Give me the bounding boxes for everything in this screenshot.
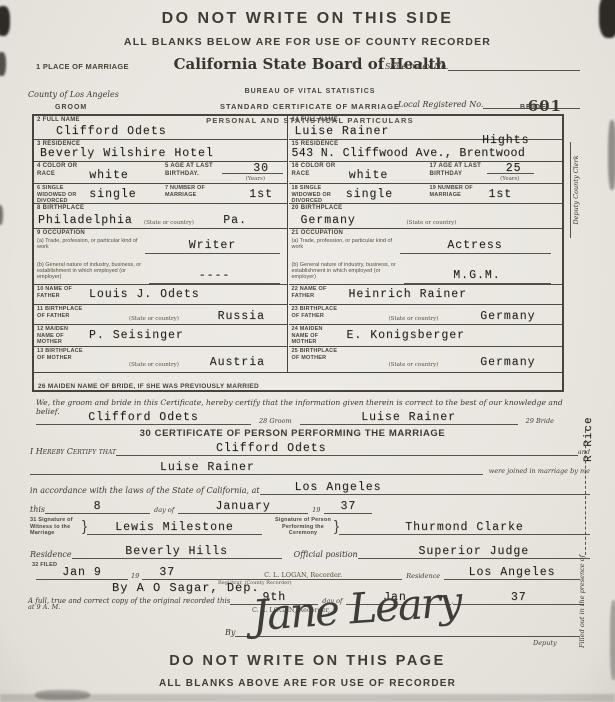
- year-prefix: 19: [312, 506, 320, 514]
- groom-occupation-cell: 9 OCCUPATION (a) Trade, profession, or p…: [34, 229, 287, 285]
- filed-year-value: 37: [159, 566, 175, 579]
- years-note: (Years): [246, 176, 265, 182]
- official-position-value: Superior Judge: [419, 545, 530, 558]
- county-line: County of Los Angeles: [28, 90, 119, 99]
- state-index-line: [448, 60, 580, 71]
- occupation-a-label: (a) Trade, profession, or particular kin…: [37, 238, 145, 250]
- groom-occupation-value: Writer: [189, 239, 236, 252]
- scan-artifact: [0, 205, 3, 225]
- bride-signature-value: Luise Rainer: [361, 411, 456, 424]
- groom-father-cell: 10 NAME OF FATHER Louis J. Odets: [34, 285, 287, 305]
- state-or-country-note: (State or country): [144, 220, 194, 226]
- bride-industry-value: M.G.M.: [453, 269, 500, 282]
- ceremony-place-value: Los Angeles: [295, 481, 382, 494]
- groom-mother-cell: 12 MAIDEN NAME OF MOTHER P. Seisinger: [34, 325, 287, 347]
- particulars-table: 2 FULL NAME Clifford Odets 3 RESIDENCE B…: [32, 114, 564, 392]
- field-label: 2 FULL NAME: [37, 117, 284, 125]
- bride-father-value: Heinrich Rainer: [349, 288, 468, 301]
- field-label: 25 BIRTHPLACE OF MOTHER: [292, 348, 347, 361]
- bride-mother-birthplace-value: Germany: [480, 356, 535, 369]
- recorder-name: C. L. LOGAN, Recorder.: [264, 571, 342, 579]
- witness-residence-value: Beverly Hills: [125, 545, 228, 558]
- field-label: 24 MAIDEN NAME OF MOTHER: [292, 326, 332, 346]
- bride-residence-cell: 15 RESIDENCE Hights 543 N. Cliffwood Ave…: [289, 140, 562, 162]
- groom-race-value: white: [74, 169, 144, 182]
- groom-status-cell: 6 SINGLE WIDOWED OR DIVORCED single 7 NU…: [34, 184, 287, 204]
- performer-signature-label: Signature of Person Performing the Cerem…: [272, 517, 334, 537]
- blanks-above-footer: ALL BLANKS ABOVE ARE FOR USE OF RECORDER: [0, 678, 615, 689]
- marriage-certificate-page: DO NOT WRITE ON THIS SIDE ALL BLANKS BEL…: [0, 0, 615, 702]
- groom-residence-value: Beverly Wilshire Hotel: [40, 147, 214, 160]
- ceremony-bride-name: Luise Rainer: [160, 461, 255, 474]
- groom-mother-birthplace-value: Austria: [210, 356, 265, 369]
- bride-marriage-number-value: 1st: [489, 188, 513, 201]
- field-label: 18 SINGLE WIDOWED OR DIVORCED: [292, 185, 334, 205]
- state-or-country-note: (State or country): [389, 316, 439, 322]
- do-not-write-heading: DO NOT WRITE ON THIS SIDE: [0, 10, 615, 28]
- deputy-label: Deputy: [533, 639, 557, 647]
- groom-birthplace-value: Philadelphia: [38, 214, 133, 227]
- bureau-title: BUREAU OF VITAL STATISTICS: [150, 88, 470, 97]
- bride-mother-birthplace-cell: 25 BIRTHPLACE OF MOTHER (State or countr…: [289, 347, 562, 371]
- bride-mother-cell: 24 MAIDEN NAME OF MOTHER E. Konigsberger: [289, 325, 562, 347]
- day-of-label: day of: [154, 506, 174, 514]
- field-label: 11 BIRTHPLACE OF FATHER: [37, 306, 92, 319]
- filed-date-value: Jan 9: [62, 566, 102, 579]
- bride-birthplace-cell: 20 BIRTHPLACE Germany (State or country): [289, 204, 562, 229]
- field-label: 20 BIRTHPLACE: [292, 205, 559, 213]
- state-or-country-note: (State or country): [407, 220, 457, 226]
- bride-column-heading: BRIDE: [520, 104, 547, 113]
- field-label: 12 MAIDEN NAME OF MOTHER: [37, 326, 77, 346]
- field-label: 14 FULL NAME: [292, 117, 559, 125]
- ceremony-month-value: January: [215, 500, 270, 513]
- field-label: 7 NUMBER OF MARRIAGE: [165, 185, 217, 198]
- bride-occupation-cell: 21 OCCUPATION (a) Trade, profession, or …: [289, 229, 562, 285]
- groom-father-birthplace-value: Russia: [218, 310, 265, 323]
- bride-race-age-cell: 16 COLOR OR RACE white 17 AGE AT LAST BI…: [289, 162, 562, 184]
- scan-artifact: [0, 694, 615, 702]
- groom-father-birthplace-cell: 11 BIRTHPLACE OF FATHER (State or countr…: [34, 305, 287, 325]
- groom-signature-label: 28 Groom: [259, 417, 292, 425]
- field-label: 5 AGE AT LAST BIRTHDAY.: [165, 163, 227, 178]
- groom-industry-value: ----: [199, 269, 231, 282]
- bride-mother-value: E. Konigsberger: [347, 329, 466, 342]
- groom-race-age-cell: 4 COLOR OR RACE white 5 AGE AT LAST BIRT…: [34, 162, 287, 184]
- state-or-country-note: (State or country): [389, 362, 439, 368]
- ceremony-year-value: 37: [341, 500, 357, 513]
- field-label: 16 COLOR OR RACE: [292, 163, 338, 178]
- ceremony-heading: 30 CERTIFICATE OF PERSON PERFORMING THE …: [0, 428, 585, 439]
- accordance-label: in accordance with the laws of the State…: [30, 486, 260, 495]
- do-not-write-footer: DO NOT WRITE ON THIS PAGE: [0, 653, 615, 669]
- copy-year-value: 37: [511, 591, 527, 604]
- groom-birthplace-state-value: Pa.: [223, 214, 247, 227]
- groom-full-name-cell: 2 FULL NAME Clifford Odets: [34, 116, 287, 140]
- joined-label: were joined in marriage by me: [489, 467, 590, 475]
- at-time-note: at 9 A. M.: [28, 603, 60, 611]
- state-index-label: State Index No.: [385, 62, 448, 71]
- deputy-county-clerk-label: Deputy County Clerk: [570, 142, 580, 238]
- field-label: 8 BIRTHPLACE: [37, 205, 284, 213]
- groom-column: 2 FULL NAME Clifford Odets 3 RESIDENCE B…: [34, 116, 288, 372]
- field-label: 6 SINGLE WIDOWED OR DIVORCED: [37, 185, 79, 205]
- bride-status-value: single: [335, 188, 405, 201]
- scan-artifact: [608, 120, 615, 190]
- groom-father-value: Louis J. Odets: [89, 288, 200, 301]
- ceremony-day-value: 8: [94, 500, 102, 513]
- groom-full-name-value: Clifford Odets: [56, 125, 167, 138]
- groom-mother-birthplace-cell: 13 BIRTHPLACE OF MOTHER (State or countr…: [34, 347, 287, 371]
- recorder-residence-value: Los Angeles: [469, 566, 556, 579]
- by-label: By: [225, 628, 235, 637]
- field-label: 19 NUMBER OF MARRIAGE: [430, 185, 482, 198]
- bride-father-birthplace-cell: 23 BIRTHPLACE OF FATHER (State or countr…: [289, 305, 562, 325]
- field-label: 10 NAME OF FATHER: [37, 286, 77, 299]
- bride-signature-label: 29 Bride: [526, 417, 554, 425]
- groom-status-value: single: [78, 188, 148, 201]
- witness-signature-label: 31 Signature of Witness to the Marriage: [30, 517, 82, 537]
- witness-name-value: Lewis Milestone: [115, 521, 234, 534]
- bride-race-value: white: [334, 169, 404, 182]
- bride-column: 14 FULL NAME Luise Rainer 15 RESIDENCE H…: [289, 116, 562, 372]
- this-word: this: [30, 505, 45, 514]
- years-note: (Years): [500, 176, 519, 182]
- groom-residence-cell: 3 RESIDENCE Beverly Wilshire Hotel: [34, 140, 287, 162]
- residence-label: Residence: [30, 550, 72, 559]
- official-position-label: Official position: [294, 550, 358, 559]
- groom-birthplace-cell: 8 BIRTHPLACE Philadelphia (State or coun…: [34, 204, 287, 229]
- certify-label: I Hereby Certify that: [30, 447, 116, 456]
- state-or-country-note: (State or country): [129, 316, 179, 322]
- blanks-below-heading: ALL BLANKS BELOW ARE FOR USE OF COUNTY R…: [0, 36, 615, 48]
- performer-name-value: Thurmond Clarke: [405, 521, 524, 534]
- bride-father-birthplace-value: Germany: [480, 310, 535, 323]
- filled-out-label: Filled out in the presence of: [578, 555, 586, 648]
- groom-marriage-number-value: 1st: [249, 188, 273, 201]
- bride-residence-above-value: Hights: [482, 134, 529, 147]
- maiden-name-of-bride-label: 26 MAIDEN NAME OF BRIDE, IF SHE WAS PREV…: [38, 383, 259, 390]
- field-label: 13 BIRTHPLACE OF MOTHER: [37, 348, 92, 361]
- groom-signature-value: Clifford Odets: [88, 411, 199, 424]
- bride-status-cell: 18 SINGLE WIDOWED OR DIVORCED single 19 …: [289, 184, 562, 204]
- bride-occupation-value: Actress: [447, 239, 502, 252]
- field-label: 22 NAME OF FATHER: [292, 286, 332, 299]
- maiden-name-of-bride-row: 26 MAIDEN NAME OF BRIDE, IF SHE WAS PREV…: [34, 372, 562, 390]
- groom-mother-value: P. Seisinger: [89, 329, 184, 342]
- bride-father-cell: 22 NAME OF FATHER Heinrich Rainer: [289, 285, 562, 305]
- bride-birthplace-value: Germany: [301, 214, 356, 227]
- field-label: 17 AGE AT LAST BIRTHDAY: [430, 163, 492, 178]
- scan-artifact: [0, 52, 6, 76]
- occupation-b-label: (b) General nature of industry, business…: [37, 262, 149, 280]
- occupation-a-label: (a) Trade, profession, or particular kin…: [292, 238, 400, 250]
- occupation-b-label: (b) General nature of industry, business…: [292, 262, 404, 280]
- filed-year-prefix: 19: [131, 572, 139, 580]
- bride-residence-value: 543 N. Cliffwood Ave., Brentwood: [292, 147, 526, 160]
- place-of-marriage-label: 1 PLACE OF MARRIAGE: [36, 62, 129, 71]
- bride-full-name-value: Luise Rainer: [295, 125, 390, 138]
- field-label: 23 BIRTHPLACE OF FATHER: [292, 306, 347, 319]
- local-registered-label: Local Registered No.: [398, 100, 483, 109]
- ceremony-groom-name: Clifford Odets: [216, 442, 327, 455]
- state-or-country-note: (State or country): [129, 362, 179, 368]
- groom-column-heading: GROOM: [55, 104, 87, 113]
